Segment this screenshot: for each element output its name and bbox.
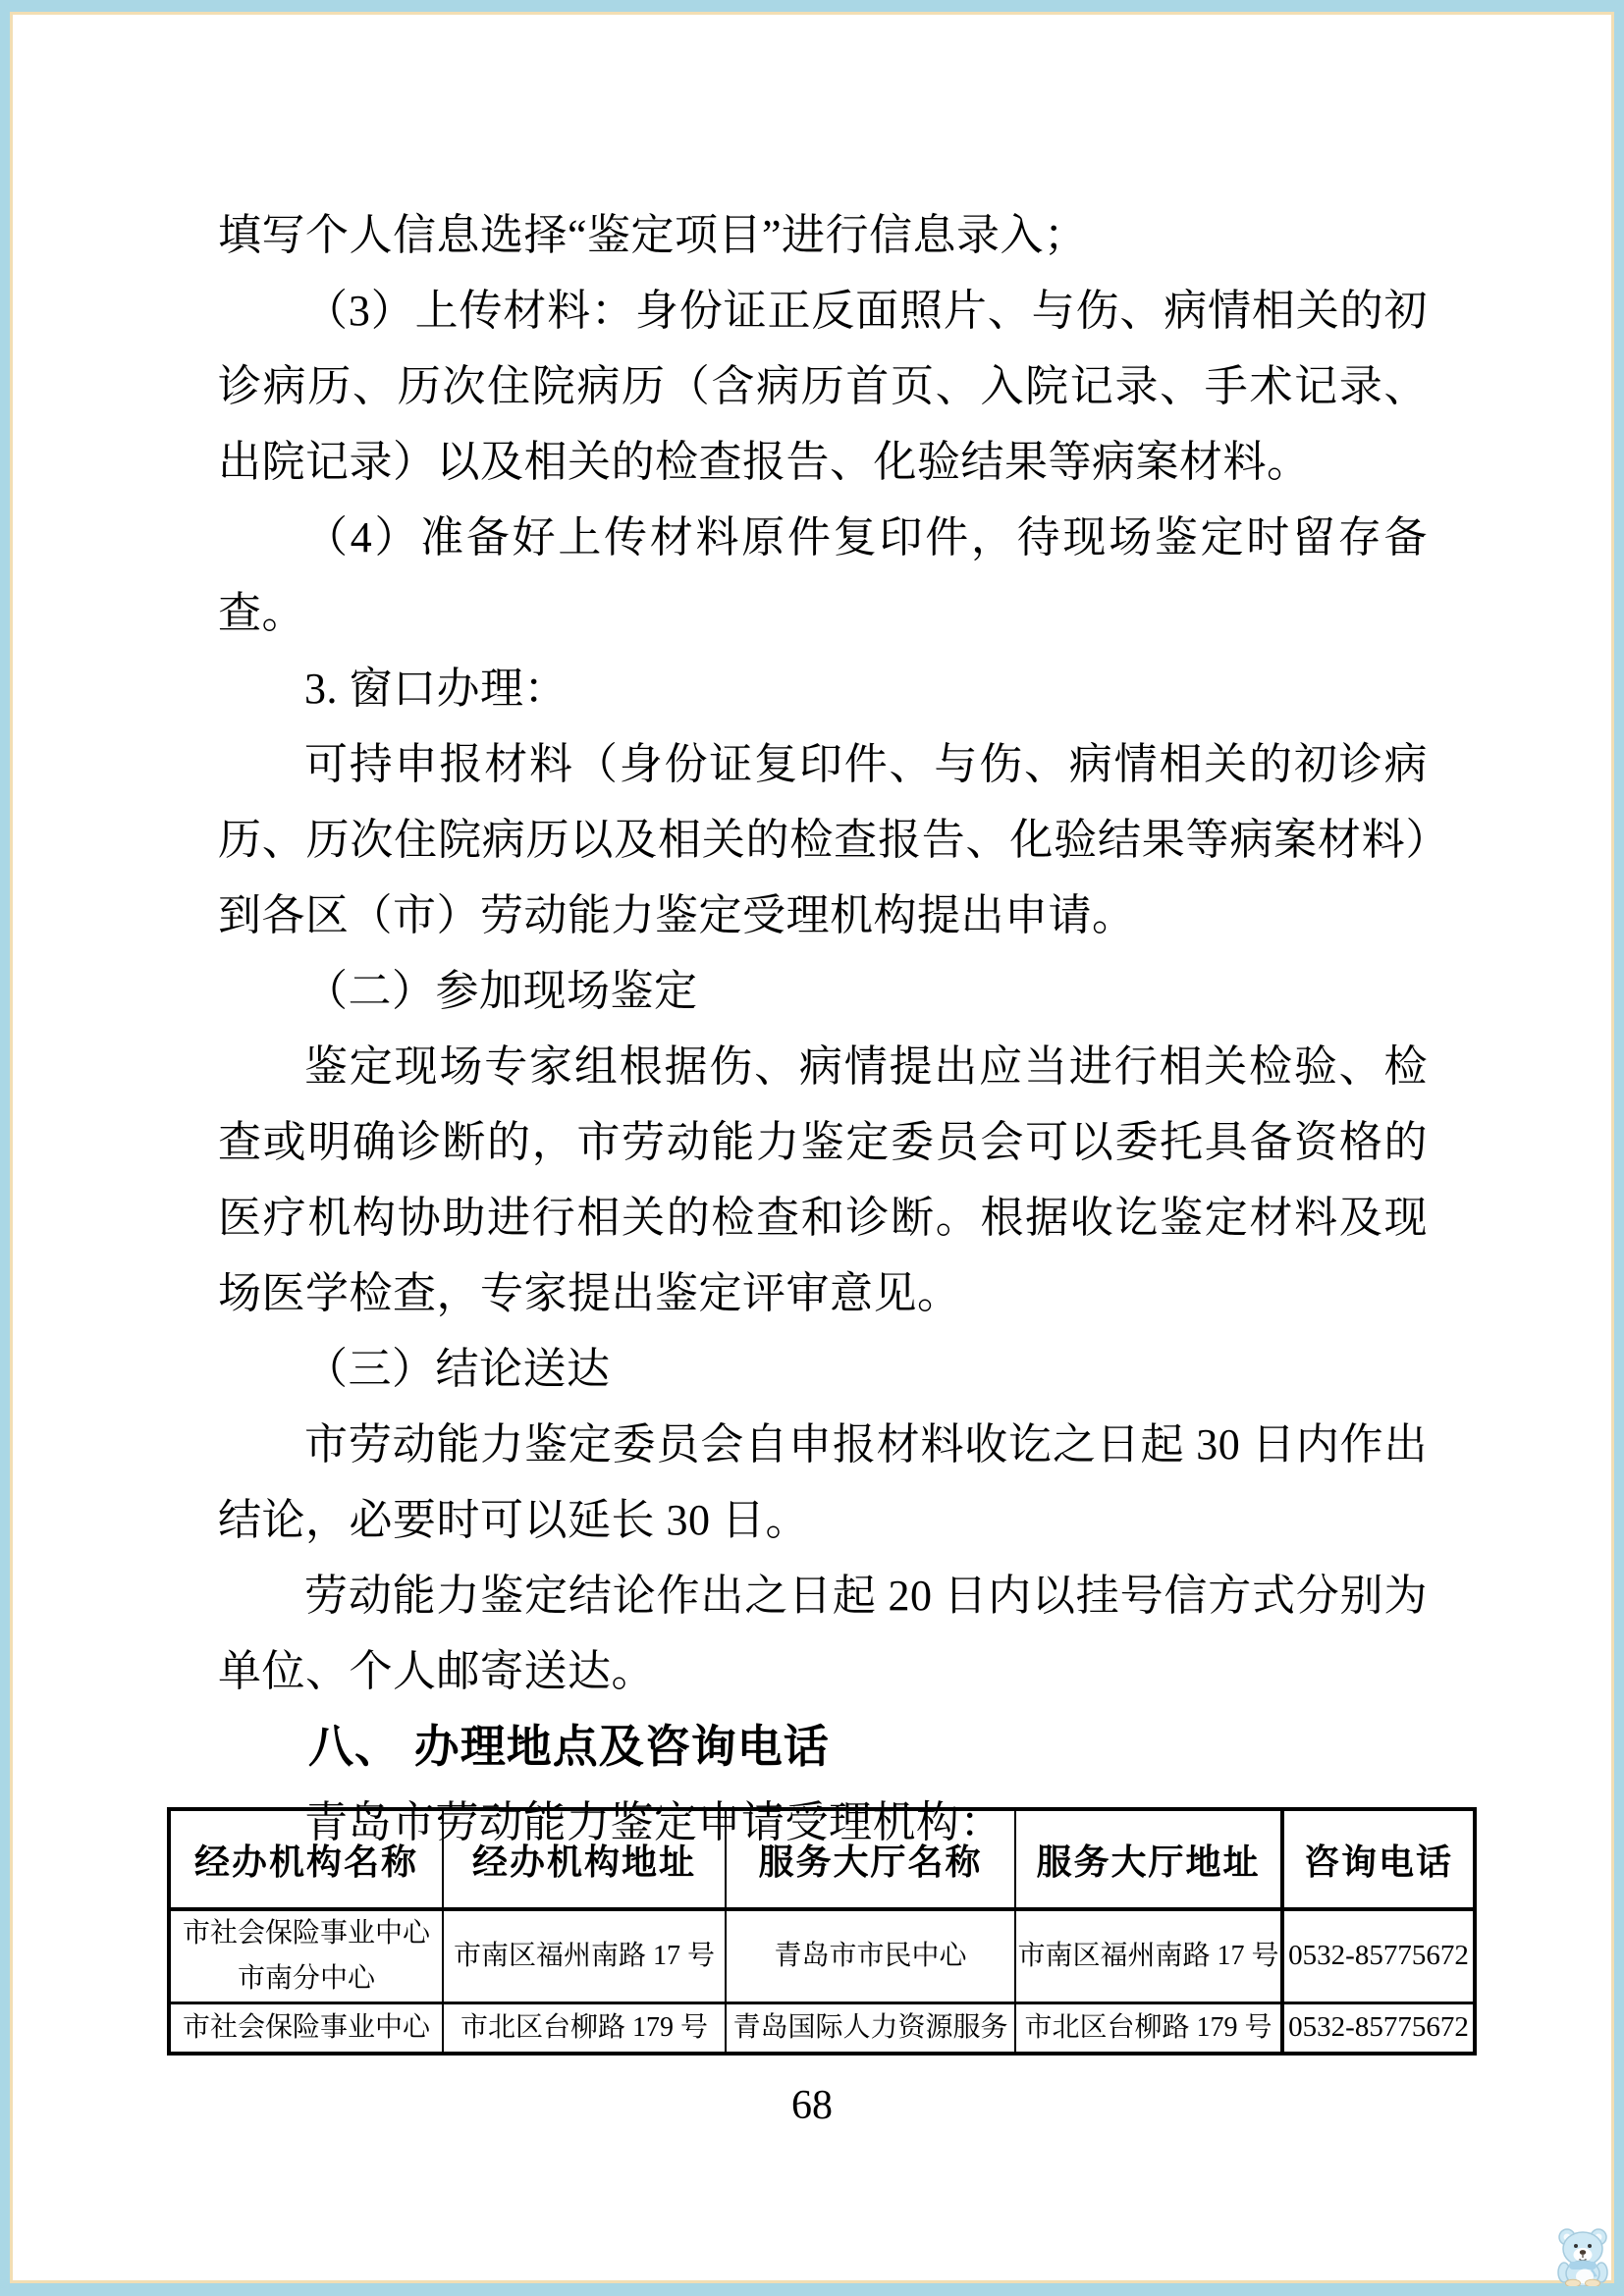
paragraph: （三）结论送达 — [218, 1331, 1428, 1407]
phone-cell: 0532-85775672 — [1282, 1909, 1475, 2003]
table-row: 市社会保险事业中心 市南分中心市南区福州南路 17 号青岛市市民中心市南区福州南… — [169, 1909, 1475, 2003]
document-screenshot: { "decor":{ "border_outer_color":"#aad7e… — [0, 0, 1624, 2296]
table-cell: 市社会保险事业中心 — [169, 2003, 443, 2054]
paragraph: 可持申报材料（身份证复印件、与伤、病情相关的初诊病历、历次住院病历以及相关的检查… — [218, 726, 1428, 953]
paragraph: 填写个人信息选择“鉴定项目”进行信息录入； — [218, 197, 1428, 273]
paragraph: 3. 窗口办理： — [218, 651, 1428, 726]
table-header-cell: 经办机构地址 — [443, 1809, 726, 1909]
table-header-cell: 经办机构名称 — [169, 1809, 443, 1909]
paragraph: （4）准备好上传材料原件复印件，待现场鉴定时留存备查。 — [218, 500, 1428, 651]
table-header-cell: 咨询电话 — [1282, 1809, 1475, 1909]
table-cell: 市社会保险事业中心 市南分中心 — [169, 1909, 443, 2003]
phone-cell: 0532-85775672 — [1282, 2003, 1475, 2054]
table-cell: 市南区福州南路 17 号 — [1015, 1909, 1282, 2003]
table-cell: 市南区福州南路 17 号 — [443, 1909, 726, 2003]
agency-table-body: 市社会保险事业中心 市南分中心市南区福州南路 17 号青岛市市民中心市南区福州南… — [169, 1909, 1475, 2054]
document-page: 填写个人信息选择“鉴定项目”进行信息录入；（3）上传材料：身份证正反面照片、与伤… — [10, 12, 1614, 2283]
table-header-cell: 服务大厅地址 — [1015, 1809, 1282, 1909]
document-body: 填写个人信息选择“鉴定项目”进行信息录入；（3）上传材料：身份证正反面照片、与伤… — [218, 197, 1428, 1860]
table-cell: 市北区台柳路 179 号 — [443, 2003, 726, 2054]
agency-table-header: 经办机构名称经办机构地址服务大厅名称服务大厅地址咨询电话 — [169, 1809, 1475, 1909]
paragraph: （二）参加现场鉴定 — [218, 953, 1428, 1029]
table-row: 市社会保险事业中心市北区台柳路 179 号青岛国际人力资源服务市北区台柳路 17… — [169, 2003, 1475, 2054]
table-cell: 青岛国际人力资源服务 — [726, 2003, 1015, 2054]
paragraph: 鉴定现场专家组根据伤、病情提出应当进行相关检验、检查或明确诊断的，市劳动能力鉴定… — [218, 1029, 1428, 1331]
table-cell: 青岛市市民中心 — [726, 1909, 1015, 2003]
table-header-cell: 服务大厅名称 — [726, 1809, 1015, 1909]
table-header-row: 经办机构名称经办机构地址服务大厅名称服务大厅地址咨询电话 — [169, 1809, 1475, 1909]
paragraph: 市劳动能力鉴定委员会自申报材料收讫之日起 30 日内作出结论，必要时可以延长 3… — [218, 1407, 1428, 1558]
agency-table: 经办机构名称经办机构地址服务大厅名称服务大厅地址咨询电话 市社会保险事业中心 市… — [167, 1807, 1477, 2056]
page-number: 68 — [13, 2082, 1611, 2129]
paragraph: （3）上传材料：身份证正反面照片、与伤、病情相关的初诊病历、历次住院病历（含病历… — [218, 273, 1428, 500]
teddy-bear-icon — [1552, 2225, 1615, 2286]
paragraph: 劳动能力鉴定结论作出之日起 20 日内以挂号信方式分别为单位、个人邮寄送达。 — [218, 1558, 1428, 1709]
section-heading: 八、 办理地点及咨询电话 — [218, 1709, 1428, 1785]
table-cell: 市北区台柳路 179 号 — [1015, 2003, 1282, 2054]
